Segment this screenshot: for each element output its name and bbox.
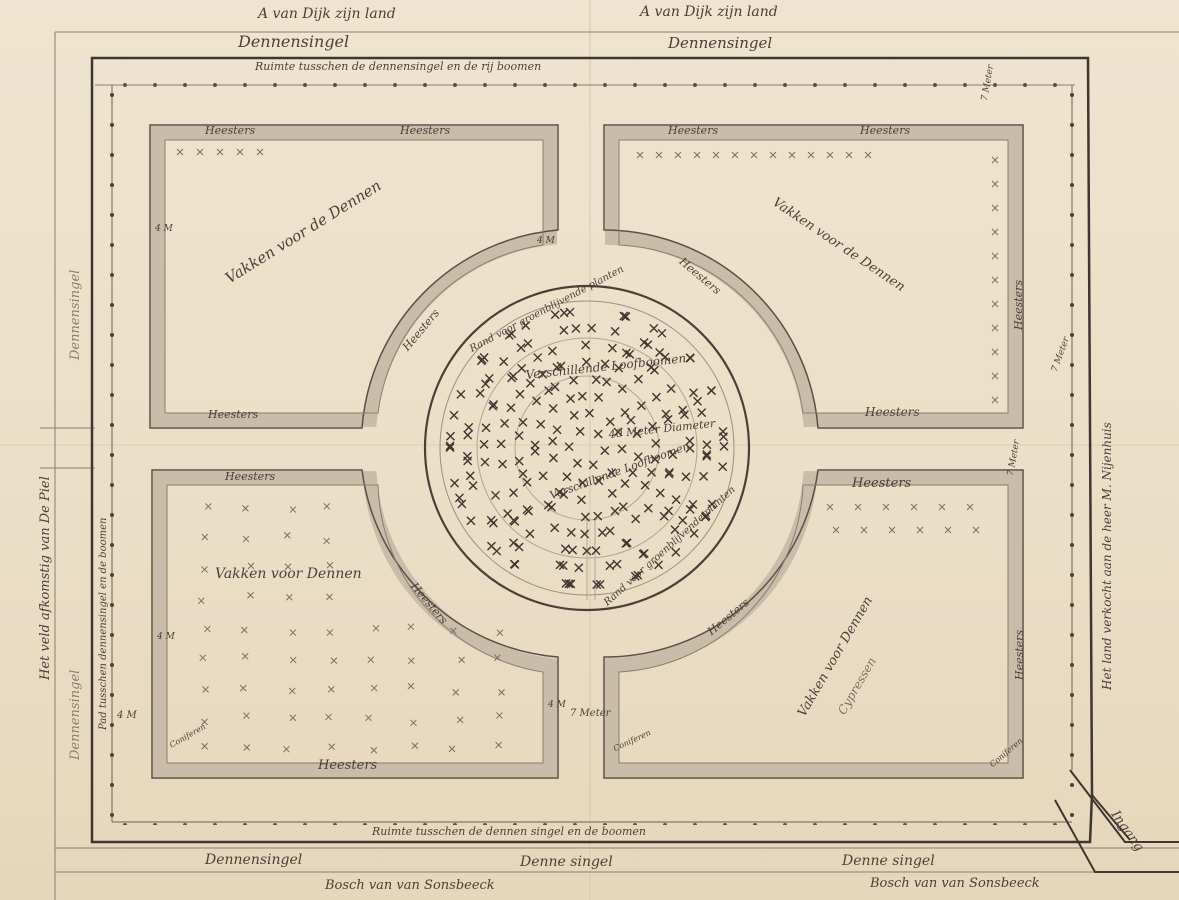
bed-outlines	[150, 125, 1023, 778]
shrubs-label: Heesters	[860, 124, 910, 137]
space-label-left: Pad tusschen dennensingel en de boomen	[98, 518, 109, 730]
measure-label: 4 M	[548, 700, 566, 710]
measure-label: 7 Meter	[570, 708, 610, 719]
owner-label-bottom-right: Bosch van van Sonsbeeck	[870, 876, 1040, 891]
shrubs-label: Heesters	[318, 758, 377, 773]
measure-label: 4 M	[157, 632, 175, 642]
belt-label-left-lower: Dennensingel	[68, 670, 83, 760]
garden-plan-sheet: A van Dijk zijn land A van Dijk zijn lan…	[0, 0, 1179, 900]
owner-label-bottom-left: Bosch van van Sonsbeeck	[325, 878, 495, 893]
belt-label-top-left: Dennensingel	[238, 32, 349, 51]
measure-label: 4 M	[117, 710, 137, 721]
space-label-bottom: Ruimte tusschen de dennen singel en de b…	[372, 825, 646, 838]
shrubs-label: Heesters	[205, 124, 255, 137]
shrubs-label: Heesters	[668, 124, 718, 137]
shrubs-label: Heesters	[1013, 630, 1026, 680]
belt-label-bottom-center: Denne singel	[520, 854, 613, 870]
belt-label-bottom-right: Denne singel	[842, 853, 935, 869]
owner-label-top-left: A van Dijk zijn land	[258, 6, 396, 22]
plan-drawing	[0, 0, 1179, 900]
outer-boundary	[92, 58, 1092, 842]
shrubs-label: Heesters	[1012, 280, 1025, 330]
shrubs-label: Heesters	[865, 405, 920, 419]
outer-label-left: Het veld afkomstig van De Piel	[38, 476, 53, 680]
space-label-top: Ruimte tusschen de dennensingel en de ri…	[255, 60, 541, 73]
bed-borders	[158, 133, 1015, 770]
shrubs-label: Heesters	[225, 470, 275, 483]
belt-label-bottom-left: Dennensingel	[205, 852, 302, 868]
central-circular-bed	[425, 286, 749, 610]
shrubs-label: Heesters	[852, 476, 911, 491]
shrubs-label: Heesters	[400, 124, 450, 137]
owner-label-top-right: A van Dijk zijn land	[640, 4, 778, 20]
measure-label: 4 M	[155, 224, 173, 234]
outer-label-right: Het land verkocht aan de heer M. Nijenhu…	[1100, 422, 1114, 690]
belt-label-top-right: Dennensingel	[668, 34, 772, 52]
bed-label-bottom-left: Vakken voor Dennen	[215, 566, 362, 582]
shrubs-label: Heesters	[208, 408, 258, 421]
measure-label: 4 M	[537, 236, 555, 246]
belt-label-left: Dennensingel	[68, 270, 83, 360]
